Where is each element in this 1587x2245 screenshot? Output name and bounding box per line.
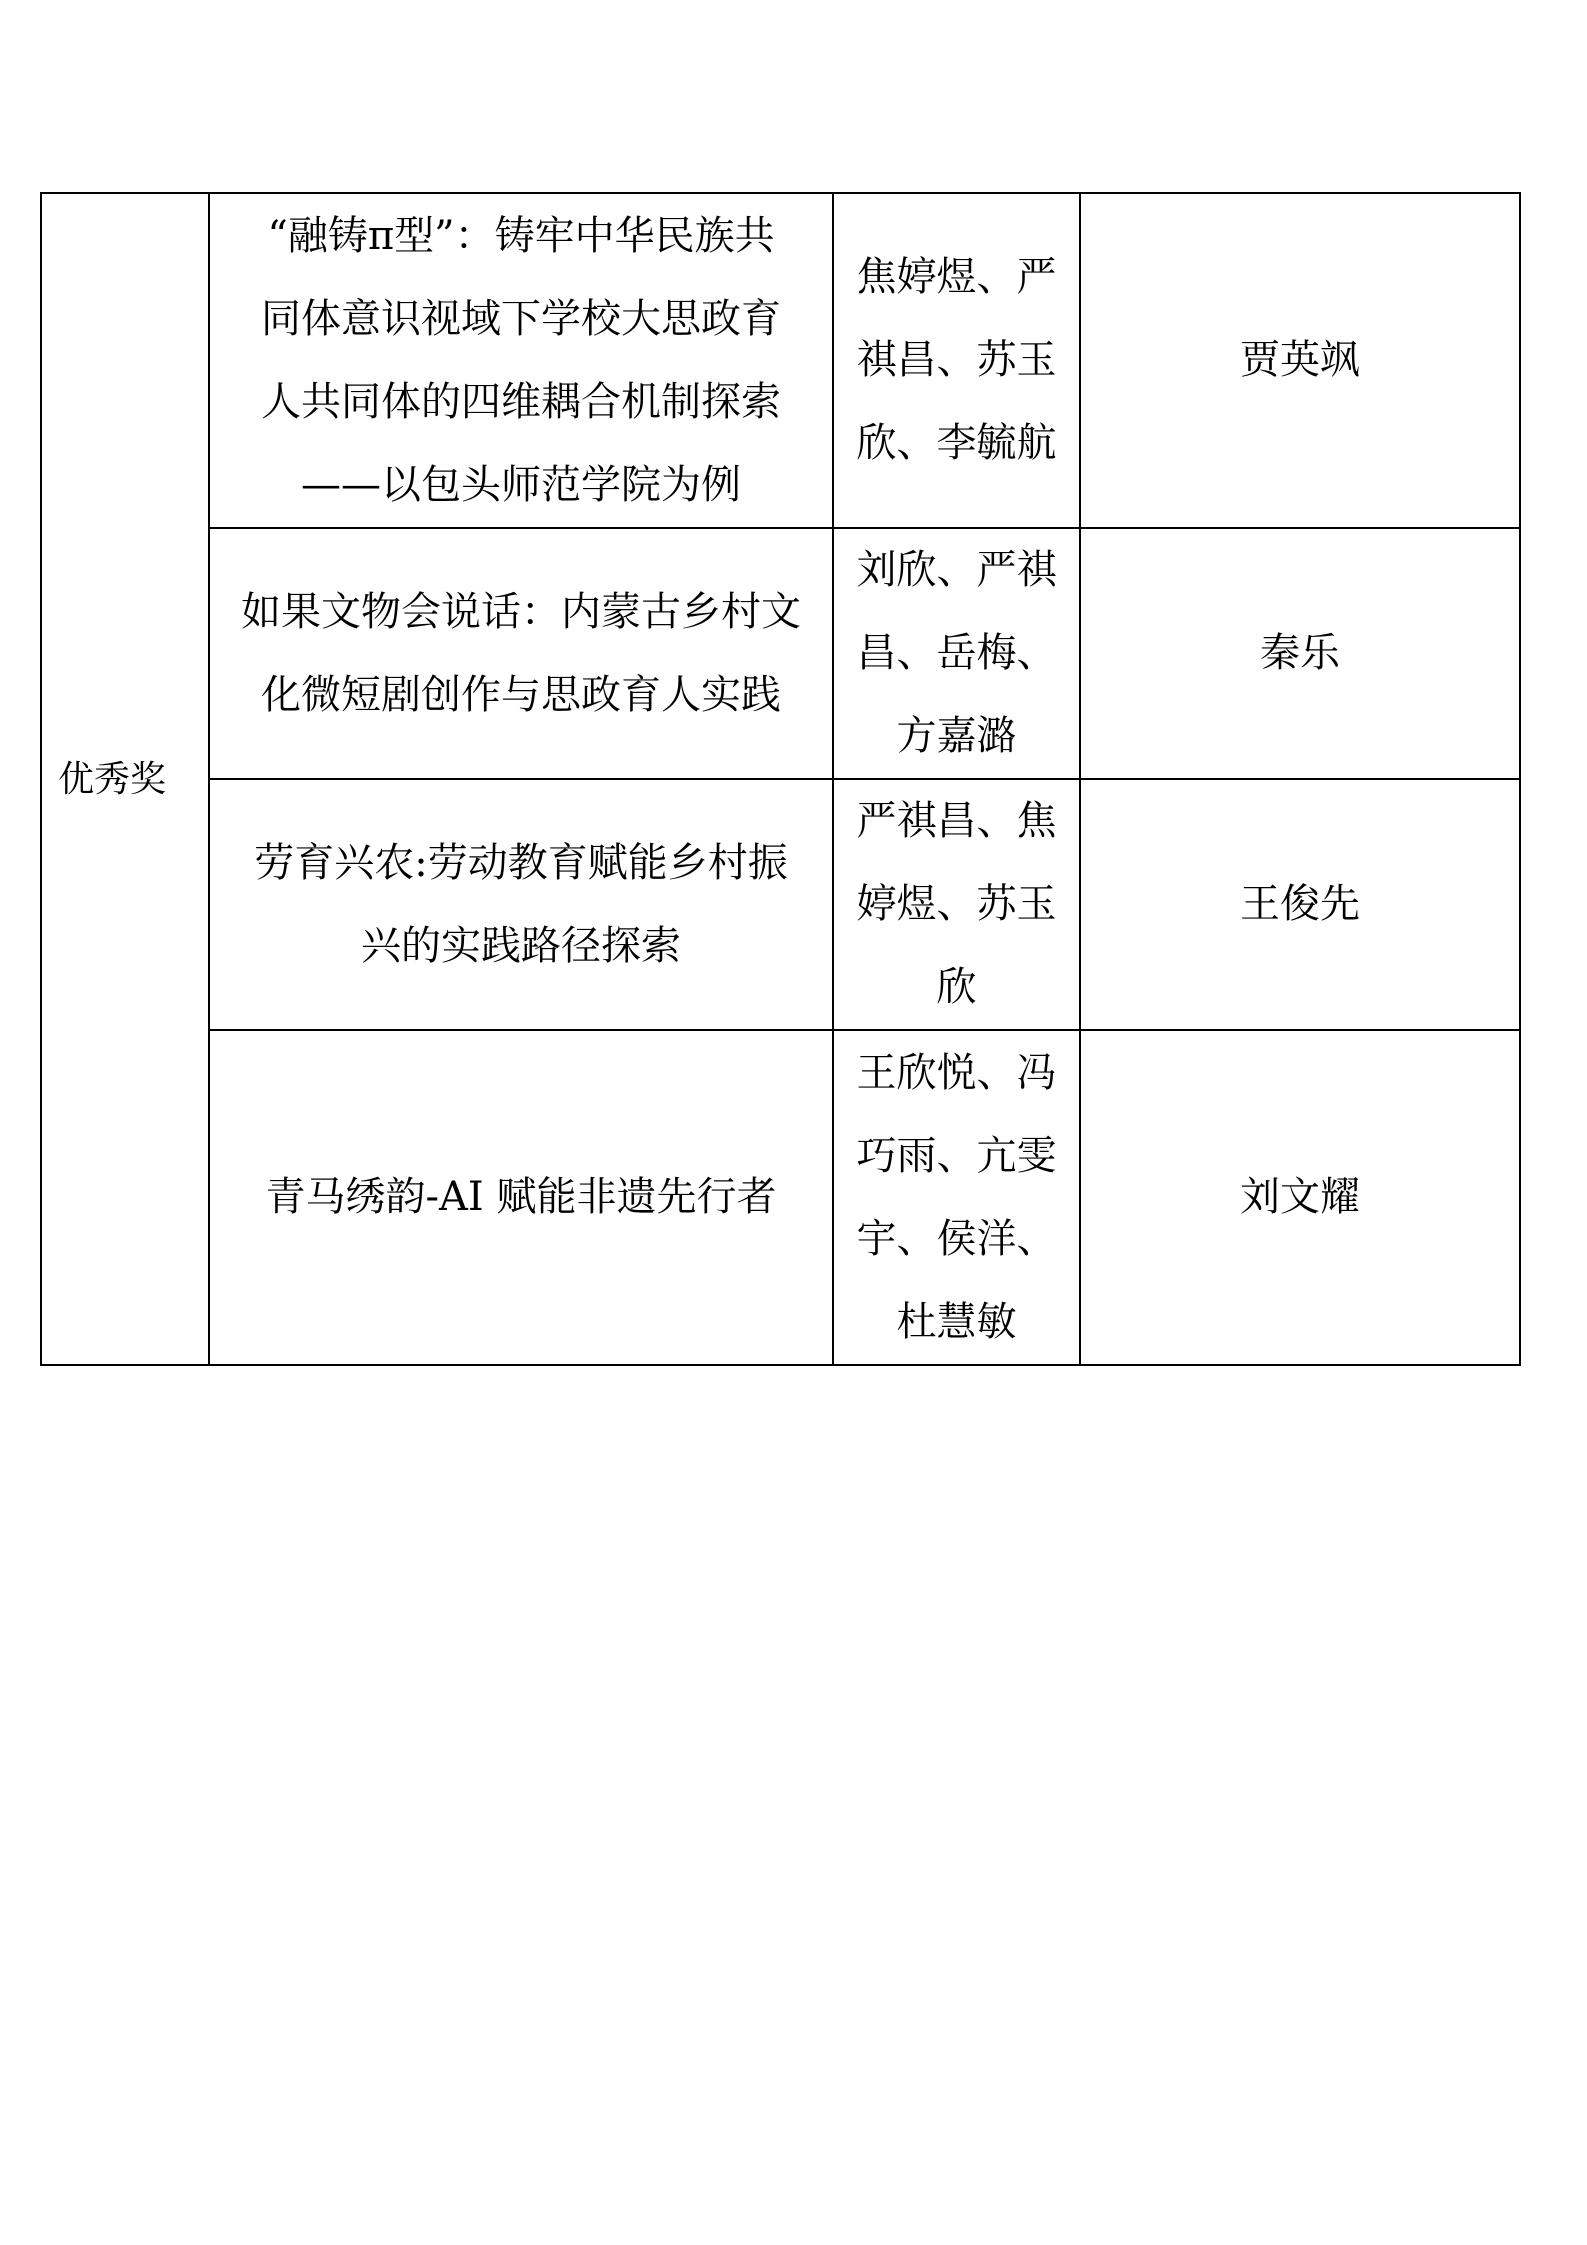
project-title-line: 同体意识视域下学校大思政育 [210, 278, 832, 361]
advisor-cell: 刘文耀 [1080, 1030, 1520, 1365]
advisor-name: 贾英飒 [1240, 337, 1360, 383]
team-members-line: 王欣悦、冯 [834, 1032, 1079, 1115]
project-title-line: “融铸π型”：铸牢中华民族共 [210, 195, 832, 278]
team-members-line: 婷煜、苏玉 [834, 863, 1079, 946]
team-members-line: 焦婷煜、严 [834, 236, 1079, 319]
table-row: 优秀奖 “融铸π型”：铸牢中华民族共 同体意识视域下学校大思政育 人共同体的四维… [41, 193, 1520, 528]
project-title-line: ——以包头师范学院为例 [210, 444, 832, 527]
table-row: 如果文物会说话：内蒙古乡村文 化微短剧创作与思政育人实践 刘欣、严祺 昌、岳梅、… [41, 528, 1520, 779]
project-title-line: 兴的实践路径探索 [210, 905, 832, 988]
team-members-cell: 刘欣、严祺 昌、岳梅、 方嘉潞 [833, 528, 1080, 779]
advisor-name: 刘文耀 [1240, 1174, 1360, 1220]
team-members-cell: 焦婷煜、严 祺昌、苏玉 欣、李毓航 [833, 193, 1080, 528]
team-members-cell: 王欣悦、冯 巧雨、亢雯 宇、侯洋、 杜慧敏 [833, 1030, 1080, 1365]
advisor-cell: 王俊先 [1080, 779, 1520, 1030]
advisor-name: 王俊先 [1240, 881, 1360, 927]
team-members-line: 祺昌、苏玉 [834, 319, 1079, 402]
team-members-line: 方嘉潞 [834, 695, 1079, 778]
team-members-line: 巧雨、亢雯 [834, 1115, 1079, 1198]
table-row: 劳育兴农:劳动教育赋能乡村振 兴的实践路径探索 严祺昌、焦 婷煜、苏玉 欣 王俊… [41, 779, 1520, 1030]
project-title-cell: 青马绣韵-AI 赋能非遗先行者 [209, 1030, 833, 1365]
award-table: 优秀奖 “融铸π型”：铸牢中华民族共 同体意识视域下学校大思政育 人共同体的四维… [40, 192, 1521, 1366]
advisor-name: 秦乐 [1260, 630, 1340, 676]
project-title-line: 化微短剧创作与思政育人实践 [210, 654, 832, 737]
award-level-label: 优秀奖 [58, 759, 166, 800]
team-members-line: 欣、李毓航 [834, 402, 1079, 485]
project-title-line: 青马绣韵-AI 赋能非遗先行者 [210, 1156, 832, 1239]
project-title-line: 劳育兴农:劳动教育赋能乡村振 [210, 822, 832, 905]
team-members-line: 刘欣、严祺 [834, 529, 1079, 612]
project-title-cell: 如果文物会说话：内蒙古乡村文 化微短剧创作与思政育人实践 [209, 528, 833, 779]
table-row: 青马绣韵-AI 赋能非遗先行者 王欣悦、冯 巧雨、亢雯 宇、侯洋、 杜慧敏 刘文… [41, 1030, 1520, 1365]
team-members-cell: 严祺昌、焦 婷煜、苏玉 欣 [833, 779, 1080, 1030]
project-title-line: 人共同体的四维耦合机制探索 [210, 361, 832, 444]
team-members-line: 欣 [834, 946, 1079, 1029]
team-members-line: 杜慧敏 [834, 1281, 1079, 1364]
project-title-cell: 劳育兴农:劳动教育赋能乡村振 兴的实践路径探索 [209, 779, 833, 1030]
award-level-cell: 优秀奖 [41, 193, 209, 1365]
project-title-cell: “融铸π型”：铸牢中华民族共 同体意识视域下学校大思政育 人共同体的四维耦合机制… [209, 193, 833, 528]
advisor-cell: 秦乐 [1080, 528, 1520, 779]
project-title-line: 如果文物会说话：内蒙古乡村文 [210, 571, 832, 654]
team-members-line: 昌、岳梅、 [834, 612, 1079, 695]
team-members-line: 宇、侯洋、 [834, 1198, 1079, 1281]
team-members-line: 严祺昌、焦 [834, 780, 1079, 863]
advisor-cell: 贾英飒 [1080, 193, 1520, 528]
